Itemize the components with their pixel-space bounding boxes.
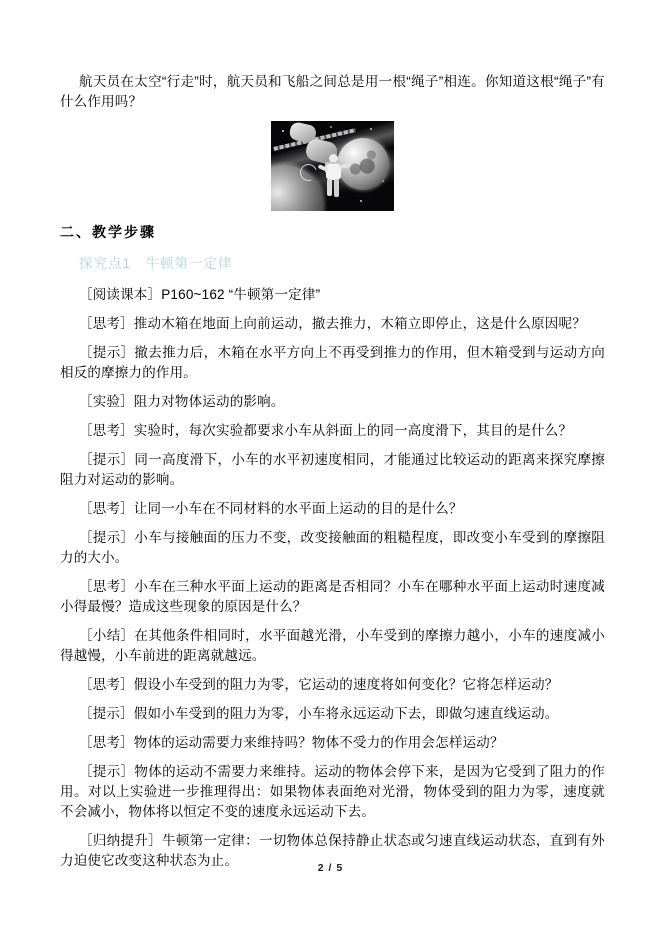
paragraph-summary: ［小结］在其他条件相同时，水平面越光滑，小车受到的摩擦力越小，小车的速度减小得越…: [60, 626, 605, 666]
document-content: 航天员在太空“行走”时，航天员和飞船之间总是用一根“绳子”相连。你知道这根“绳子…: [60, 72, 605, 880]
paragraph-hint: ［提示］物体的运动不需要力来维持。运动的物体会停下来，是因为它受到了阻力的作用。…: [60, 762, 605, 822]
paragraph-think: ［思考］实验时，每次实验都要求小车从斜面上的同一高度滑下，其目的是什么？: [60, 421, 605, 441]
paragraph-hint: ［提示］撤去推力后，木箱在水平方向上不再受到推力的作用，但木箱受到与运动方向相反…: [60, 343, 605, 383]
paragraph-think: ［思考］小车在三种水平面上运动的距离是否相同？小车在哪种水平面上运动时速度减小得…: [60, 577, 605, 617]
astronaut-leg: [334, 179, 339, 197]
paragraph-think: ［思考］物体的运动需要力来维持吗？物体不受力的作用会怎样运动？: [60, 733, 605, 753]
paragraph-think: ［思考］让同一小车在不同材料的水平面上运动的目的是什么？: [60, 499, 605, 519]
paragraph-think: ［思考］假设小车受到的阻力为零，它运动的速度将如何变化？它将怎样运动？: [60, 675, 605, 695]
paragraph-hint: ［提示］假如小车受到的阻力为零，小车将永远运动下去，即做匀速直线运动。: [60, 704, 605, 724]
intro-paragraph: 航天员在太空“行走”时，航天员和飞船之间总是用一根“绳子”相连。你知道这根“绳子…: [60, 72, 605, 112]
page-number: 2 / 5: [0, 862, 661, 874]
astronaut-spacewalk-image: [271, 121, 394, 211]
document-page: 航天员在太空“行走”时，航天员和飞船之间总是用一根“绳子”相连。你知道这根“绳子…: [0, 0, 661, 935]
explore-point-heading: 探究点1 牛顿第一定律: [60, 254, 605, 274]
section-heading-teaching-steps: 二、教学步骤: [60, 223, 605, 241]
paragraph-hint: ［提示］同一高度滑下，小车的水平初速度相同，才能通过比较运动的距离来探究摩擦阻力…: [60, 450, 605, 490]
astronaut-leg: [327, 179, 332, 196]
paragraph-hint: ［提示］小车与接触面的压力不变，改变接触面的粗糙程度，即改变小车受到的摩擦阻力的…: [60, 528, 605, 568]
astronaut-figure: [321, 154, 347, 206]
paragraph-read-textbook: ［阅读课本］P160~162 “牛顿第一定律”: [60, 285, 605, 305]
paragraph-think: ［思考］推动木箱在地面上向前运动，撤去推力，木箱立即停止，这是什么原因呢？: [60, 314, 605, 334]
paragraph-experiment: ［实验］阻力对物体运动的影响。: [60, 392, 605, 412]
